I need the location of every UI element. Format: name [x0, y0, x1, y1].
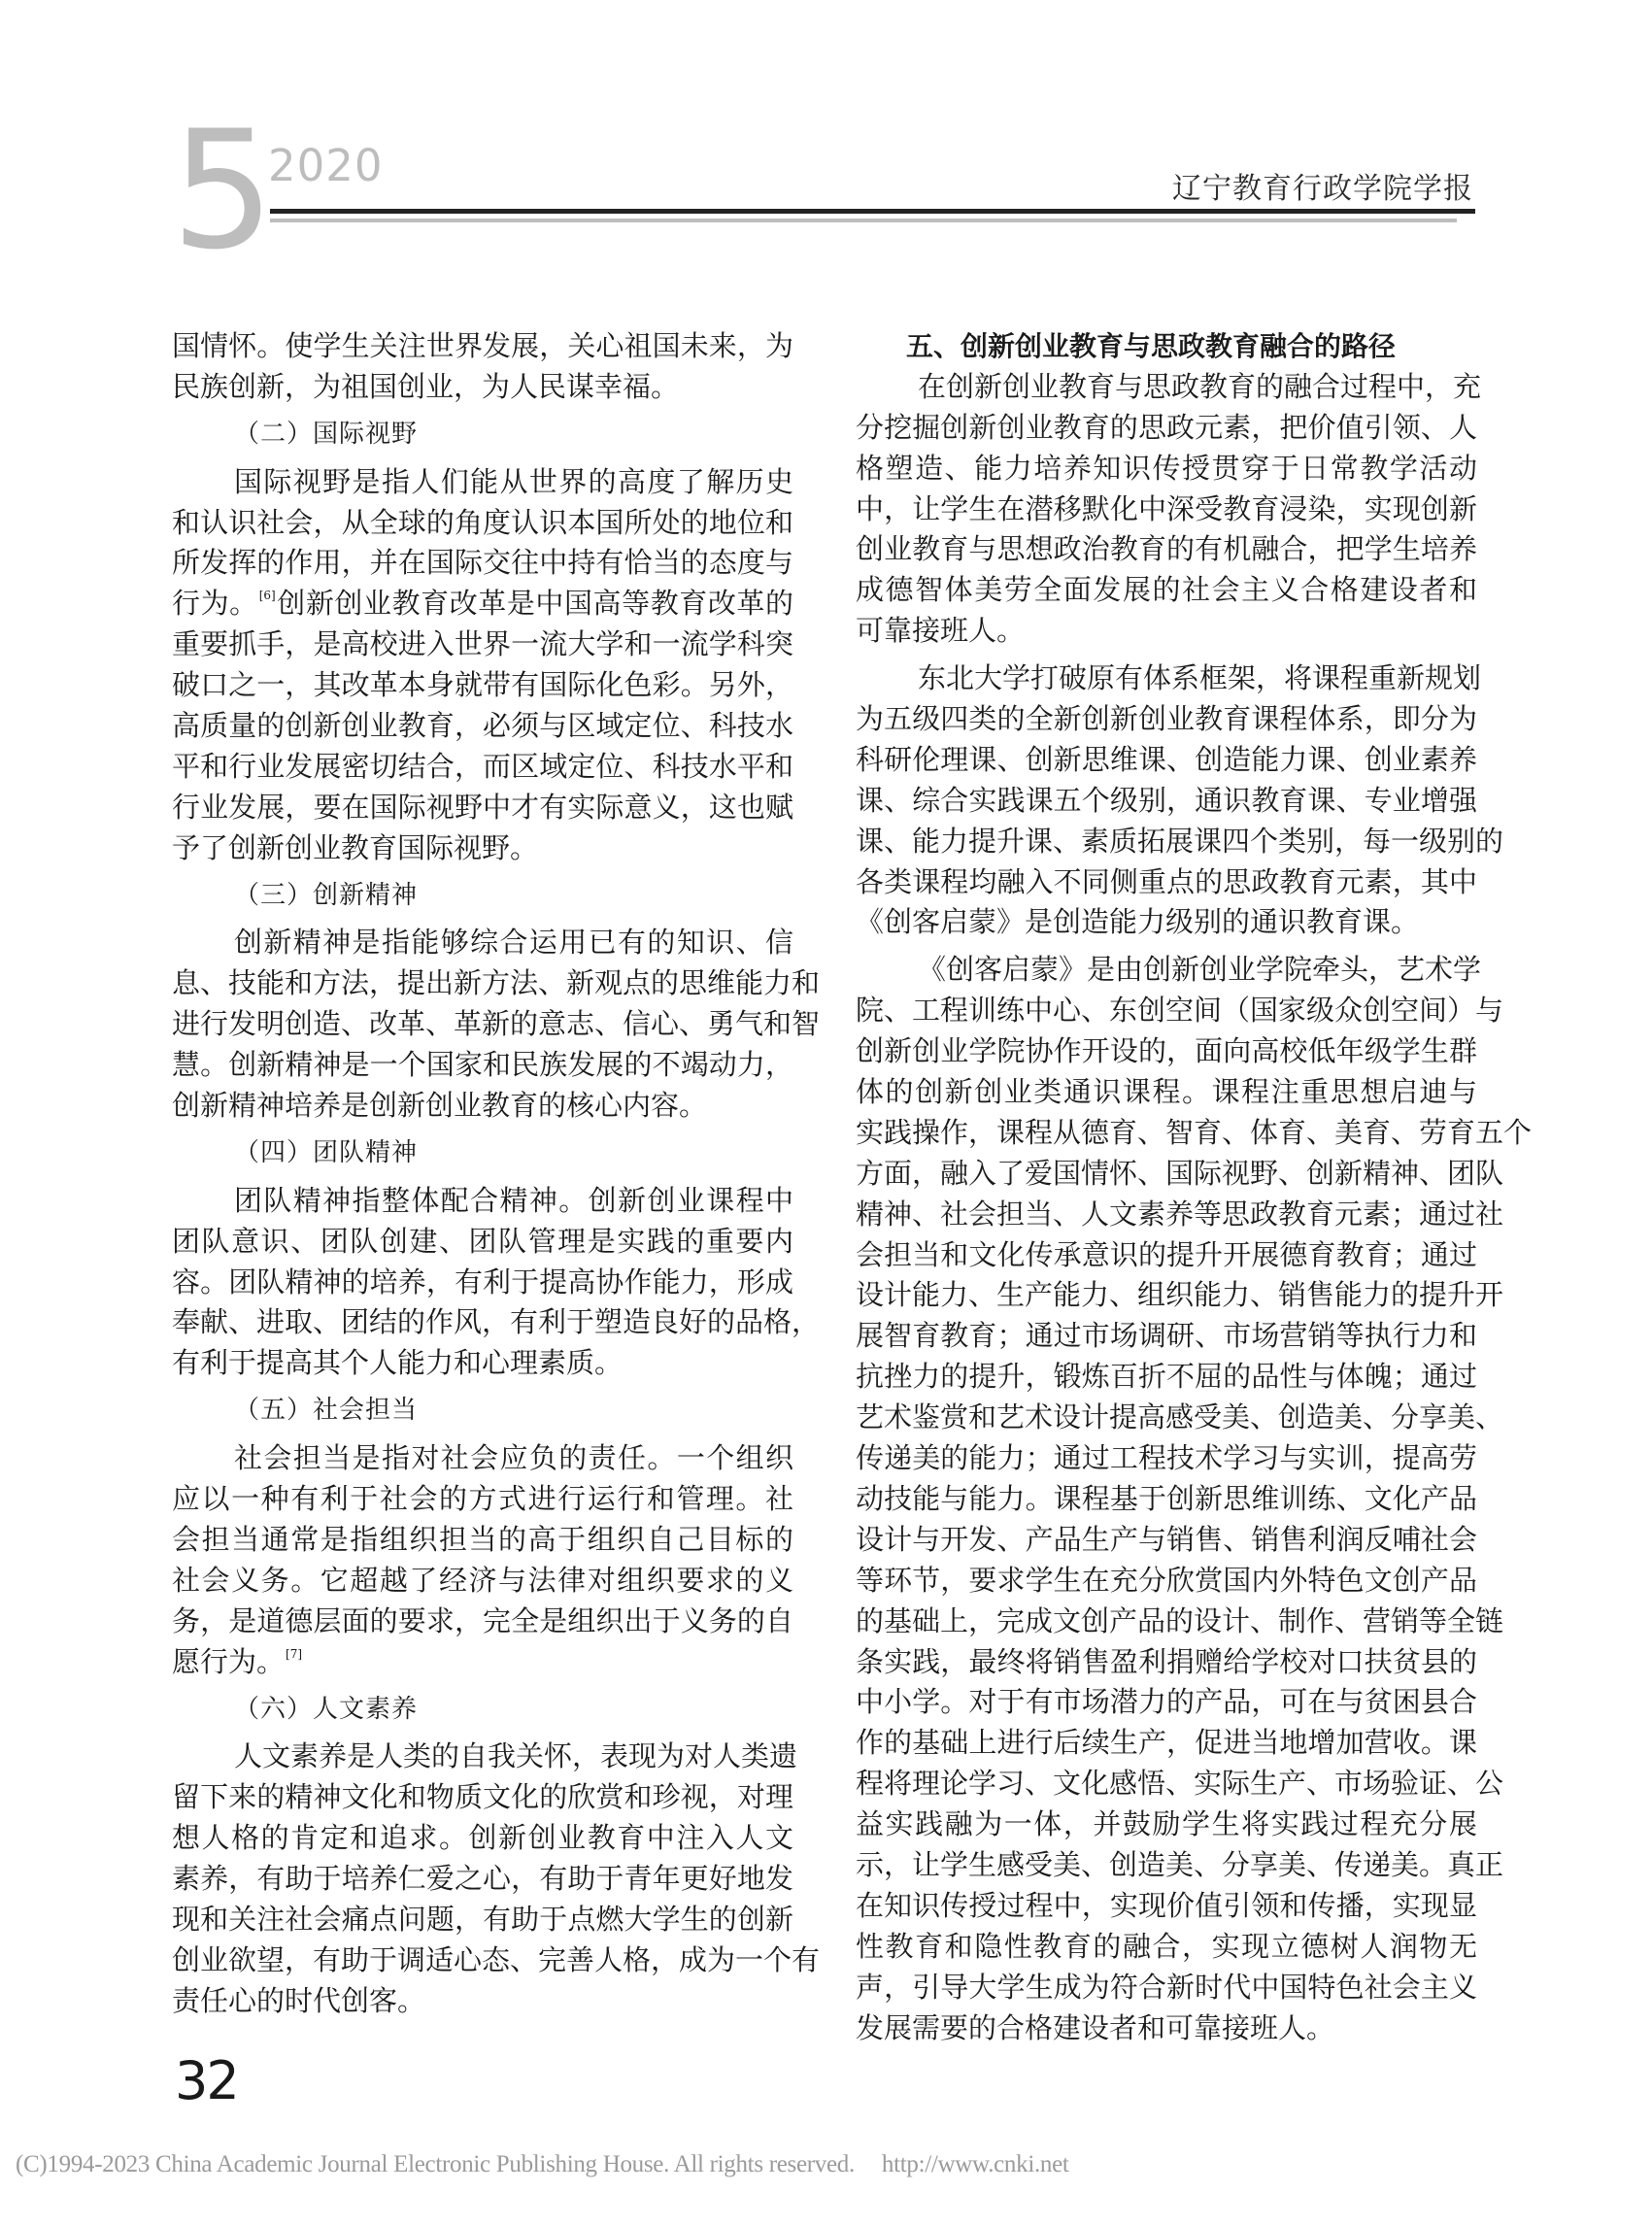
text-line: 愿行为。[7]: [172, 1642, 793, 1683]
text-line: 行业发展，要在国际视野中才有实际意义，这也赋: [172, 788, 793, 828]
copyright-notice: (C)1994-2023 China Academic Journal Elec…: [16, 2150, 1069, 2179]
text-line: 创新精神是指能够综合运用已有的知识、信: [172, 923, 793, 963]
text-line: 在知识传授过程中，实现价值引领和传播，实现显: [856, 1886, 1477, 1927]
text-line: 创新精神培养是创新创业教育的核心内容。: [172, 1086, 793, 1127]
text-line: 破口之一，其改革本身就带有国际化色彩。另外，: [172, 665, 793, 706]
text-line: 实践操作，课程从德育、智育、体育、美育、劳育五个: [856, 1113, 1477, 1154]
issue-year: 2020: [268, 142, 384, 190]
text-line: 课、综合实践课五个级别，通识教育课、专业增强: [856, 781, 1477, 822]
paragraph-humanistic-literacy: 人文素养是人类的自我关怀，表现为对人类遗 留下来的精神文化和物质文化的欣赏和珍视…: [172, 1737, 793, 2021]
text-line: 团队意识、团队创建、团队管理是实践的重要内: [172, 1222, 793, 1263]
text-line: 会担当和文化传承意识的提升开展德育教育；通过: [856, 1235, 1477, 1276]
text-line: 示，让学生感受美、创造美、分享美、传递美。真正: [856, 1845, 1477, 1886]
text-line: 有利于提高其个人能力和心理素质。: [172, 1343, 793, 1384]
text-line: 性教育和隐性教育的融合，实现立德树人润物无: [856, 1927, 1477, 1968]
text-line: 发展需要的合格建设者和可靠接班人。: [856, 2008, 1477, 2049]
left-column: 国情怀。使学生关注世界发展，关心祖国未来，为 民族创新，为祖国创业，为人民谋幸福…: [172, 326, 793, 2029]
text-line: 想人格的肯定和追求。创新创业教育中注入人文: [172, 1818, 793, 1859]
text-line: 程将理论学习、文化感悟、实际生产、市场验证、公: [856, 1764, 1477, 1804]
text-line: 传递美的能力；通过工程技术学习与实训，提高劳: [856, 1438, 1477, 1479]
text-line: 的基础上，完成文创产品的设计、制作、营销等全链: [856, 1602, 1477, 1642]
text-line: 作的基础上进行后续生产，促进当地增加营收。课: [856, 1723, 1477, 1764]
journal-title: 辽宁教育行政学院学报: [1172, 173, 1473, 206]
text-line: 声，引导大学生成为符合新时代中国特色社会主义: [856, 1968, 1477, 2008]
header-rule-dark: [270, 209, 1475, 214]
text-line: 《创客启蒙》是由创新创业学院牵头，艺术学: [856, 950, 1477, 991]
text-line: 重要抓手，是高校进入世界一流大学和一流学科突: [172, 624, 793, 665]
text-line: 体的创新创业类通识课程。课程注重思想启迪与: [856, 1072, 1477, 1113]
text-line: 为五级四类的全新创新创业教育课程体系，即分为: [856, 699, 1477, 740]
copyright-text: (C)1994-2023 China Academic Journal Elec…: [16, 2151, 855, 2177]
text-line: 动技能与能力。课程基于创新思维训练、文化产品: [856, 1479, 1477, 1520]
citation-ref-7[interactable]: [7]: [286, 1647, 302, 1661]
text-line: 国际视野是指人们能从世界的高度了解历史: [172, 462, 793, 503]
citation-ref-6[interactable]: [6]: [259, 589, 276, 602]
text-line: 创业教育与思想政治教育的有机融合，把学生培养: [856, 529, 1477, 570]
paragraph-course-system: 东北大学打破原有体系框架，将课程重新规划 为五级四类的全新创新创业教育课程体系，…: [856, 658, 1477, 943]
text-line: 人文素养是人类的自我关怀，表现为对人类遗: [172, 1737, 793, 1777]
subheading-social-responsibility: （五）社会担当: [172, 1391, 793, 1432]
text-line: 院、工程训练中心、东创空间（国家级众创空间）与: [856, 991, 1477, 1031]
text-line: 国情怀。使学生关注世界发展，关心祖国未来，为: [172, 326, 793, 367]
text-line: 平和行业发展密切结合，而区域定位、科技水平和: [172, 747, 793, 788]
text-line: 行为。[6]创新创业教育改革是中国高等教育改革的: [172, 584, 793, 624]
publisher-url[interactable]: http://www.cnki.net: [882, 2151, 1069, 2177]
paragraph-innovation-spirit: 创新精神是指能够综合运用已有的知识、信 息、技能和方法，提出新方法、新观点的思维…: [172, 923, 793, 1126]
text-line: 成德智体美劳全面发展的社会主义合格建设者和: [856, 570, 1477, 611]
text-line: 现和关注社会痛点问题，有助于点燃大学生的创新: [172, 1900, 793, 1940]
text-line: 可靠接班人。: [856, 611, 1477, 652]
text-line: 精神、社会担当、人文素养等思政教育元素；通过社: [856, 1195, 1477, 1235]
paragraph-continued: 国情怀。使学生关注世界发展，关心祖国未来，为 民族创新，为祖国创业，为人民谋幸福…: [172, 326, 793, 408]
text-line: 高质量的创新创业教育，必须与区域定位、科技水: [172, 706, 793, 747]
subheading-international-vision: （二）国际视野: [172, 415, 793, 455]
text-line: 团队精神指整体配合精神。创新创业课程中: [172, 1181, 793, 1222]
text-line: 奉献、进取、团结的作风，有利于塑造良好的品格，: [172, 1302, 793, 1343]
text-line: 中小学。对于有市场潜力的产品，可在与贫困县合: [856, 1682, 1477, 1723]
text-line: 艺术鉴赏和艺术设计提高感受美、创造美、分享美、: [856, 1398, 1477, 1438]
paragraph-maker-course: 《创客启蒙》是由创新创业学院牵头，艺术学 院、工程训练中心、东创空间（国家级众创…: [856, 950, 1477, 2048]
text-line: 和认识社会，从全球的角度认识本国所处的地位和: [172, 503, 793, 544]
text-line: 创业欲望，有助于调适心态、完善人格，成为一个有: [172, 1940, 793, 1981]
issue-number: 5: [171, 109, 271, 272]
text-line: 展智育教育；通过市场调研、市场营销等执行力和: [856, 1316, 1477, 1357]
text-line: 进行发明创造、改革、革新的意志、信心、勇气和智: [172, 1004, 793, 1045]
text-line: 素养，有助于培养仁爱之心，有助于青年更好地发: [172, 1859, 793, 1900]
text-line: 予了创新创业教育国际视野。: [172, 828, 793, 869]
header-rule-gray: [270, 219, 1457, 222]
subheading-humanistic-literacy: （六）人文素养: [172, 1690, 793, 1731]
text-line: 方面，融入了爱国情怀、国际视野、创新精神、团队: [856, 1154, 1477, 1195]
text-line: 等环节，要求学生在充分欣赏国内外特色文创产品: [856, 1561, 1477, 1602]
text-line: 会担当通常是指组织担当的高于组织自己目标的: [172, 1520, 793, 1561]
text-line: 中，让学生在潜移默化中深受教育浸染，实现创新: [856, 489, 1477, 530]
text-line: 留下来的精神文化和物质文化的欣赏和珍视，对理: [172, 1777, 793, 1818]
section-heading: 五、创新创业教育与思政教育融合的路径: [856, 326, 1477, 367]
text-line: 所发挥的作用，并在国际交往中持有恰当的态度与: [172, 543, 793, 584]
text-line: 条实践，最终将销售盈利捐赠给学校对口扶贫县的: [856, 1642, 1477, 1683]
text-line: 格塑造、能力培养知识传授贯穿于日常教学活动: [856, 449, 1477, 489]
text-line: 设计与开发、产品生产与销售、销售利润反哺社会: [856, 1520, 1477, 1561]
text-line: 科研伦理课、创新思维课、创造能力课、创业素养: [856, 740, 1477, 781]
text-line: 分挖掘创新创业教育的思政元素，把价值引领、人: [856, 408, 1477, 449]
right-column: 五、创新创业教育与思政教育融合的路径 在创新创业教育与思政教育的融合过程中，充 …: [856, 326, 1477, 2055]
text-line: 息、技能和方法，提出新方法、新观点的思维能力和: [172, 963, 793, 1004]
paragraph-integration-intro: 在创新创业教育与思政教育的融合过程中，充 分挖掘创新创业教育的思政元素，把价值引…: [856, 367, 1477, 652]
text-line: 责任心的时代创客。: [172, 1981, 793, 2022]
text-line: 益实践融为一体，并鼓励学生将实践过程充分展: [856, 1804, 1477, 1845]
paragraph-team-spirit: 团队精神指整体配合精神。创新创业课程中 团队意识、团队创建、团队管理是实践的重要…: [172, 1181, 793, 1384]
text-line: 设计能力、生产能力、组织能力、销售能力的提升开: [856, 1275, 1477, 1316]
text-line: 在创新创业教育与思政教育的融合过程中，充: [856, 367, 1477, 408]
paragraph-international-vision: 国际视野是指人们能从世界的高度了解历史 和认识社会，从全球的角度认识本国所处的地…: [172, 462, 793, 869]
text-line: 容。团队精神的培养，有利于提高协作能力，形成: [172, 1263, 793, 1303]
subheading-innovation-spirit: （三）创新精神: [172, 876, 793, 917]
subheading-team-spirit: （四）团队精神: [172, 1133, 793, 1174]
text-line: 务，是道德层面的要求，完全是组织出于义务的自: [172, 1602, 793, 1642]
text-line: 课、能力提升课、素质拓展课四个类别，每一级别的: [856, 822, 1477, 862]
text-line: 慧。创新精神是一个国家和民族发展的不竭动力，: [172, 1045, 793, 1086]
text-line: 各类课程均融入不同侧重点的思政教育元素，其中: [856, 862, 1477, 903]
text-line: 应以一种有利于社会的方式进行运行和管理。社: [172, 1479, 793, 1520]
text-line: 民族创新，为祖国创业，为人民谋幸福。: [172, 367, 793, 408]
text-line: 社会义务。它超越了经济与法律对组织要求的义: [172, 1561, 793, 1602]
paragraph-social-responsibility: 社会担当是指对社会应负的责任。一个组织 应以一种有利于社会的方式进行运行和管理。…: [172, 1438, 793, 1682]
page-number: 32: [175, 2052, 238, 2110]
text-line: 抗挫力的提升，锻炼百折不屈的品性与体魄；通过: [856, 1357, 1477, 1398]
text-line: 创新创业学院协作开设的，面向高校低年级学生群: [856, 1031, 1477, 1072]
text-line: 《创客启蒙》是创造能力级别的通识教育课。: [856, 902, 1477, 943]
text-line: 社会担当是指对社会应负的责任。一个组织: [172, 1438, 793, 1479]
text-line: 东北大学打破原有体系框架，将课程重新规划: [856, 658, 1477, 699]
